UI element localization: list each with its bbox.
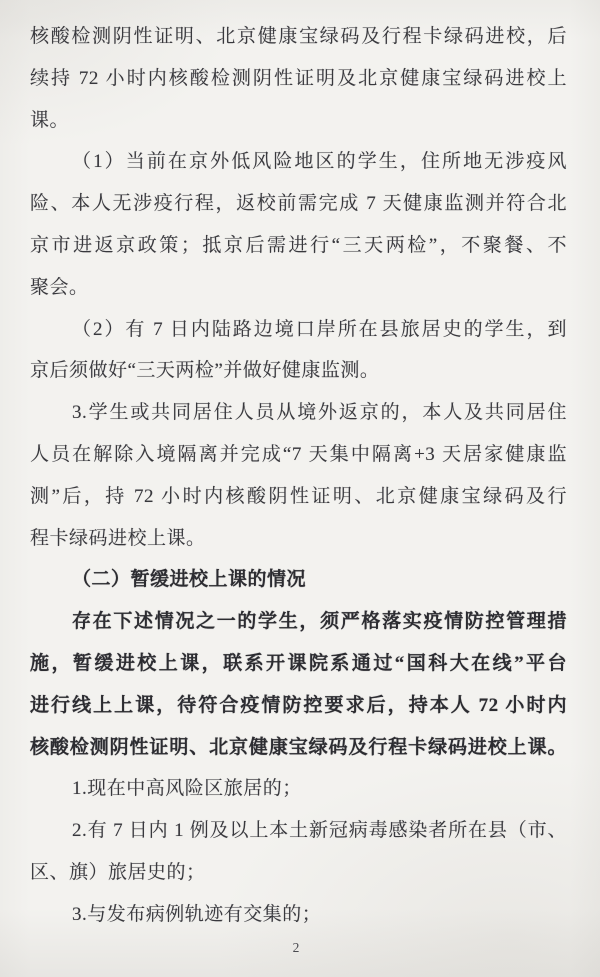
text-line: 续持 72 小时内核酸检测阴性证明及北京健康宝绿码进校上 [30,58,567,100]
text-line: 3.学生或共同居住人员从境外返京的，本人及共同居住 [30,392,567,434]
text-line: （1）当前在京外低风险地区的学生，住所地无涉疫风 [30,141,567,183]
text-line: 程卡绿码进校上课。 [30,518,567,560]
text-line: （二）暂缓进校上课的情况 [30,559,567,601]
text-line: 京后须做好“三天两检”并做好健康监测。 [30,350,567,392]
text-line: 险、本人无涉疫行程，返校前需完成 7 天健康监测并符合北 [30,183,567,225]
text-line: 核酸检测阴性证明、北京健康宝绿码及行程卡绿码进校上课。 [30,727,567,769]
text-line: 测”后，持 72 小时内核酸阴性证明、北京健康宝绿码及行 [30,476,567,518]
scanned-document-page: 核酸检测阴性证明、北京健康宝绿码及行程卡绿码进校，后续持 72 小时内核酸检测阴… [0,0,600,977]
text-line: 聚会。 [30,267,567,309]
text-line: 京市进返京政策；抵京后需进行“三天两检”，不聚餐、不 [30,225,567,267]
text-line: 核酸检测阴性证明、北京健康宝绿码及行程卡绿码进校，后 [30,16,567,58]
text-line: 区、旗）旅居史的； [30,852,567,894]
text-line: （2）有 7 日内陆路边境口岸所在县旅居史的学生，到 [30,309,567,351]
text-line: 3.与发布病例轨迹有交集的； [30,894,567,936]
text-line: 课。 [30,100,567,142]
text-line: 存在下述情况之一的学生，须严格落实疫情防控管理措 [30,601,567,643]
text-line: 人员在解除入境隔离并完成“7 天集中隔离+3 天居家健康监 [30,434,567,476]
text-line: 2.有 7 日内 1 例及以上本土新冠病毒感染者所在县（市、 [30,810,567,852]
text-line: 施，暂缓进校上课，联系开课院系通过“国科大在线”平台 [30,643,567,685]
text-line: 1.现在中高风险区旅居的； [30,768,567,810]
page-number: 2 [0,940,592,956]
document-body: 核酸检测阴性证明、北京健康宝绿码及行程卡绿码进校，后续持 72 小时内核酸检测阴… [30,16,567,936]
text-line: 进行线上上课，待符合疫情防控要求后，持本人 72 小时内 [30,685,567,727]
